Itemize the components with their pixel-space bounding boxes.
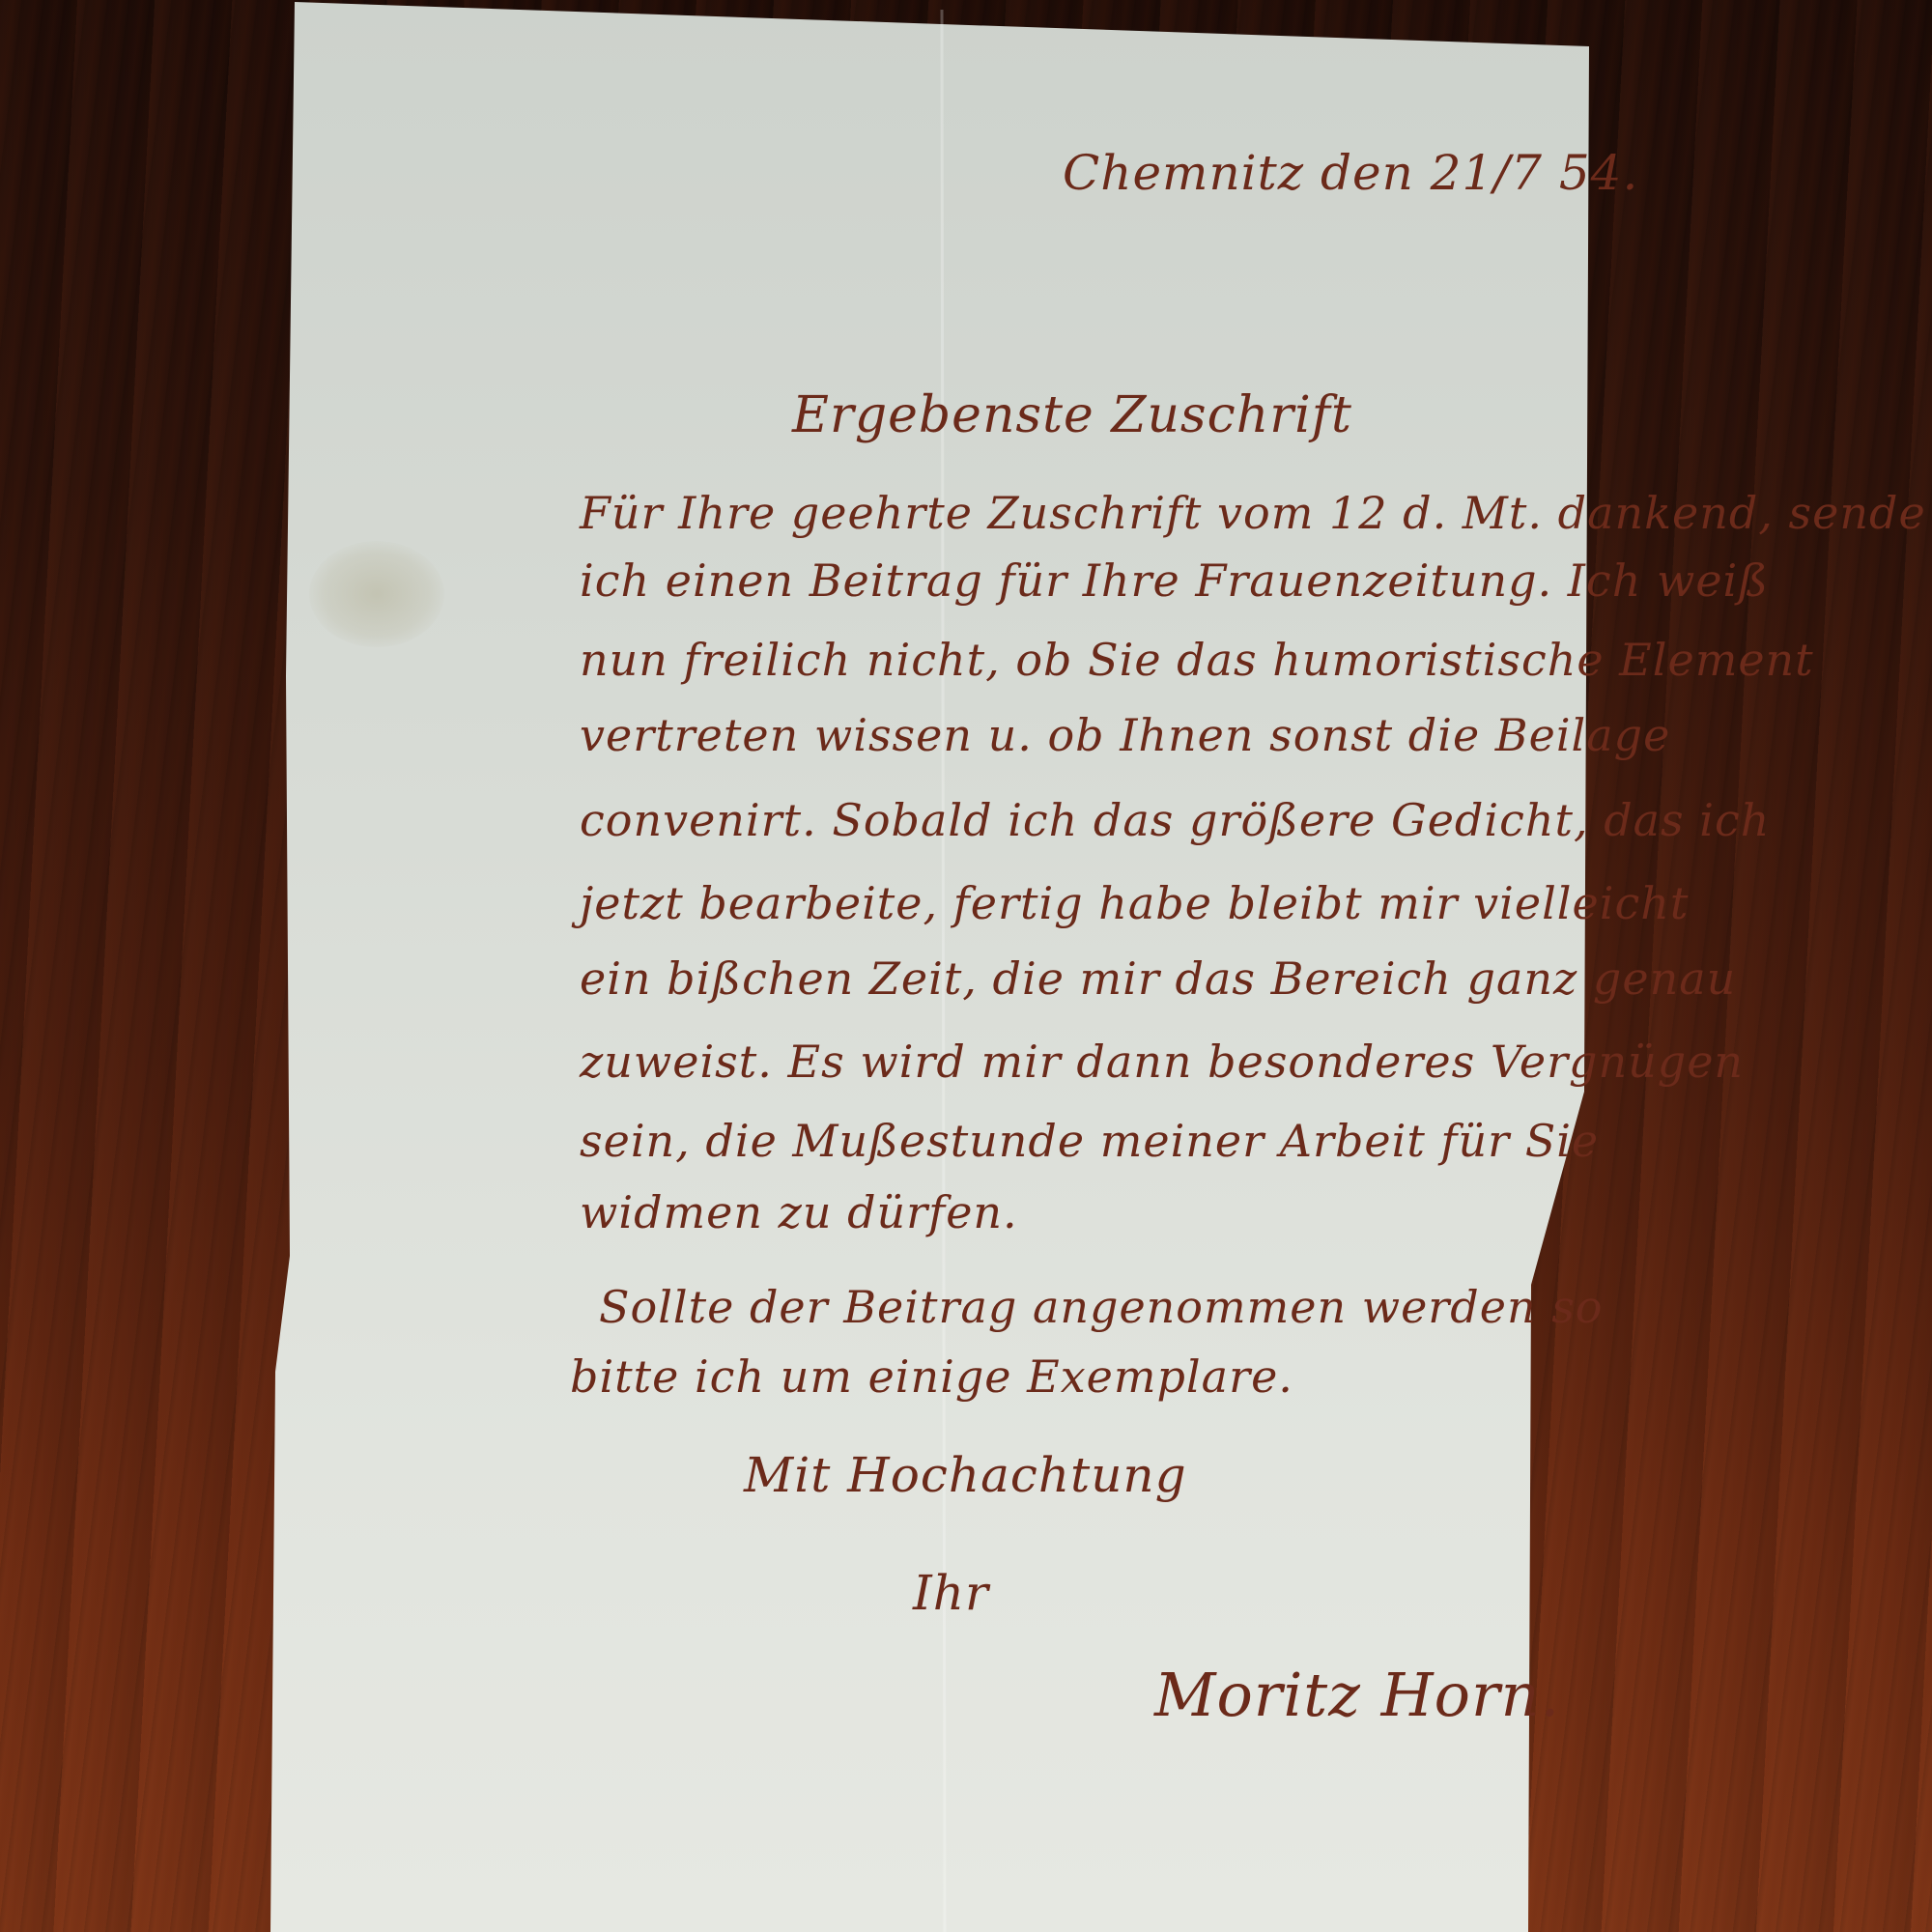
letter-paper <box>0 0 1932 1932</box>
paper-stain <box>309 541 444 647</box>
